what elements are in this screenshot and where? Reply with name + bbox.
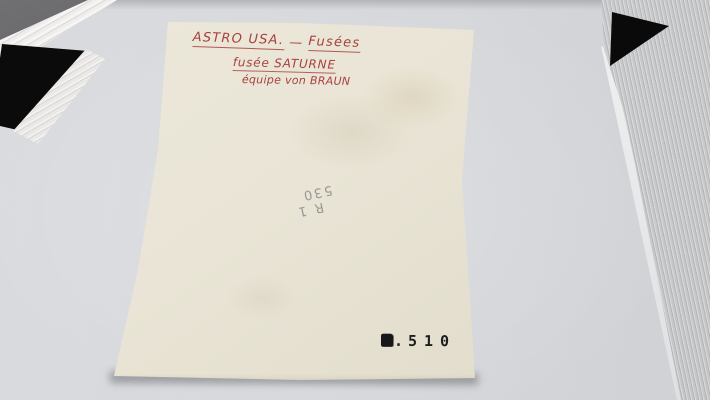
- handwritten-subtitle: fusée SATURNE: [233, 55, 336, 74]
- pencil-note-upside-down: R 1 530: [279, 181, 336, 221]
- stamp-number: 510: [408, 332, 456, 350]
- stamp-separator: .: [394, 332, 403, 350]
- handwritten-title: ASTRO USA.—Fusées: [192, 30, 360, 51]
- handwritten-attribution: équipe von BRAUN: [242, 73, 351, 88]
- title-separator: —: [289, 35, 304, 50]
- title-part1: ASTRO USA.: [192, 30, 284, 50]
- archive-stamp: .510: [381, 332, 456, 351]
- title-part2: Fusées: [308, 34, 360, 53]
- ink-blob-icon: [381, 334, 393, 347]
